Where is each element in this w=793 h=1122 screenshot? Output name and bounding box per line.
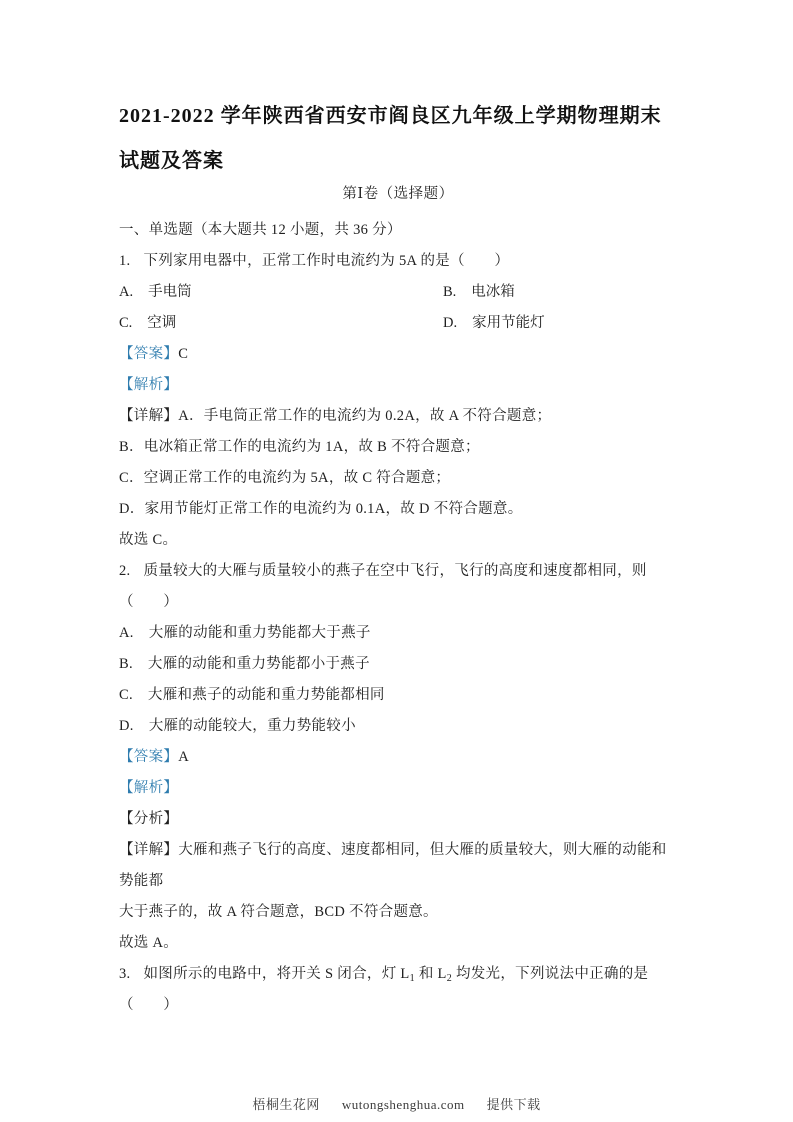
question-1-option-c: C.空调 [119, 308, 443, 339]
question-1-option-b: B.电冰箱 [443, 277, 677, 308]
question-2-number: 2. [119, 563, 130, 579]
answer-label: 【答案】 [119, 749, 178, 765]
document-title: 2021-2022 学年陕西省西安市阎良区九年级上学期物理期末 试题及答案 [119, 94, 677, 184]
option-text: 电冰箱 [471, 284, 515, 300]
answer-label: 【答案】 [119, 346, 178, 362]
option-label: B. [119, 656, 133, 672]
option-label: A. [119, 284, 133, 300]
question-2-option-c: C.大雁和燕子的动能和重力势能都相同 [119, 680, 677, 711]
question-2-answer-line: 【答案】A [119, 742, 677, 773]
page-footer: 梧桐生花网wutongshenghua.com提供下载 [0, 1094, 793, 1113]
question-1-option-a: A.手电筒 [119, 277, 443, 308]
question-1-detail-line: 【详解】A．手电筒正常工作的电流约为 0.2A，故 A 不符合题意； [119, 401, 677, 432]
question-2-analysis-line: 【分析】 [119, 804, 677, 835]
option-label: C. [119, 687, 133, 703]
option-text: 大雁的动能较大，重力势能较小 [149, 718, 356, 734]
question-1-conclusion: 故选 C。 [119, 525, 677, 556]
option-label: D. [443, 315, 457, 331]
option-text: 家用节能灯 [472, 315, 545, 331]
question-1-options-row-1: A.手电筒 B.电冰箱 [119, 277, 677, 308]
question-2-detail-line: 【详解】大雁和燕子飞行的高度、速度都相同，但大雁的质量较大，则大雁的动能和势能都 [119, 835, 677, 897]
question-1-detail-line: B．电冰箱正常工作的电流约为 1A，故 B 不符合题意； [119, 432, 677, 463]
document-page: 2021-2022 学年陕西省西安市阎良区九年级上学期物理期末 试题及答案 第Ⅰ… [0, 0, 793, 1021]
option-label: A. [119, 625, 134, 641]
question-1-number: 1. [119, 253, 130, 269]
question-2-detail-line: 大于燕子的，故 A 符合题意，BCD 不符合题意。 [119, 897, 677, 928]
question-2-option-d: D.大雁的动能较大，重力势能较小 [119, 711, 677, 742]
question-2-conclusion: 故选 A。 [119, 928, 677, 959]
option-text: 空调 [147, 315, 176, 331]
answer-value: C [178, 346, 188, 362]
option-text: 手电筒 [148, 284, 192, 300]
option-text: 大雁的动能和重力势能都小于燕子 [148, 656, 370, 672]
question-2-analysis-label: 【解析】 [119, 773, 677, 804]
question-3-text-part1: 如图所示的电路中，将开关 S 闭合，灯 L [143, 966, 409, 982]
question-2-stem: 2.质量较大的大雁与质量较小的燕子在空中飞行，飞行的高度和速度都相同，则（ ） [119, 556, 677, 618]
option-text: 大雁的动能和重力势能都大于燕子 [149, 625, 371, 641]
option-label: D. [119, 718, 134, 734]
part-heading: 一、单选题（本大题共 12 小题，共 36 分） [119, 215, 677, 246]
question-1-option-d: D.家用节能灯 [443, 308, 677, 339]
footer-site-name: 梧桐生花网 [252, 1094, 320, 1113]
question-1-answer-line: 【答案】C [119, 339, 677, 370]
question-2-option-b: B.大雁的动能和重力势能都小于燕子 [119, 649, 677, 680]
question-1-detail-line: D．家用节能灯正常工作的电流约为 0.1A，故 D 不符合题意。 [119, 494, 677, 525]
question-1-stem: 1.下列家用电器中，正常工作时电流约为 5A 的是（ ） [119, 246, 677, 277]
footer-site-url: wutongshenghua.com [342, 1097, 465, 1113]
question-3-text-part2: 和 L [415, 966, 447, 982]
answer-value: A [178, 749, 189, 765]
document-title-line1: 2021-2022 学年陕西省西安市阎良区九年级上学期物理期末 [119, 94, 677, 139]
option-label: B. [443, 284, 456, 300]
question-2-text: 质量较大的大雁与质量较小的燕子在空中飞行，飞行的高度和速度都相同，则（ ） [119, 563, 647, 610]
question-1-detail-line: C．空调正常工作的电流约为 5A，故 C 符合题意； [119, 463, 677, 494]
question-1-options-row-2: C.空调 D.家用节能灯 [119, 308, 677, 339]
question-3-stem: 3.如图所示的电路中，将开关 S 闭合，灯 L1 和 L2 均发光，下列说法中正… [119, 959, 677, 1021]
document-title-line2: 试题及答案 [119, 139, 677, 184]
question-1-analysis-label: 【解析】 [119, 370, 677, 401]
question-3-number: 3. [119, 966, 130, 982]
question-2-option-a: A.大雁的动能和重力势能都大于燕子 [119, 618, 677, 649]
option-label: C. [119, 315, 132, 331]
question-1-text: 下列家用电器中，正常工作时电流约为 5A 的是（ ） [143, 253, 509, 269]
option-text: 大雁和燕子的动能和重力势能都相同 [148, 687, 385, 703]
footer-download-text: 提供下载 [487, 1094, 541, 1113]
